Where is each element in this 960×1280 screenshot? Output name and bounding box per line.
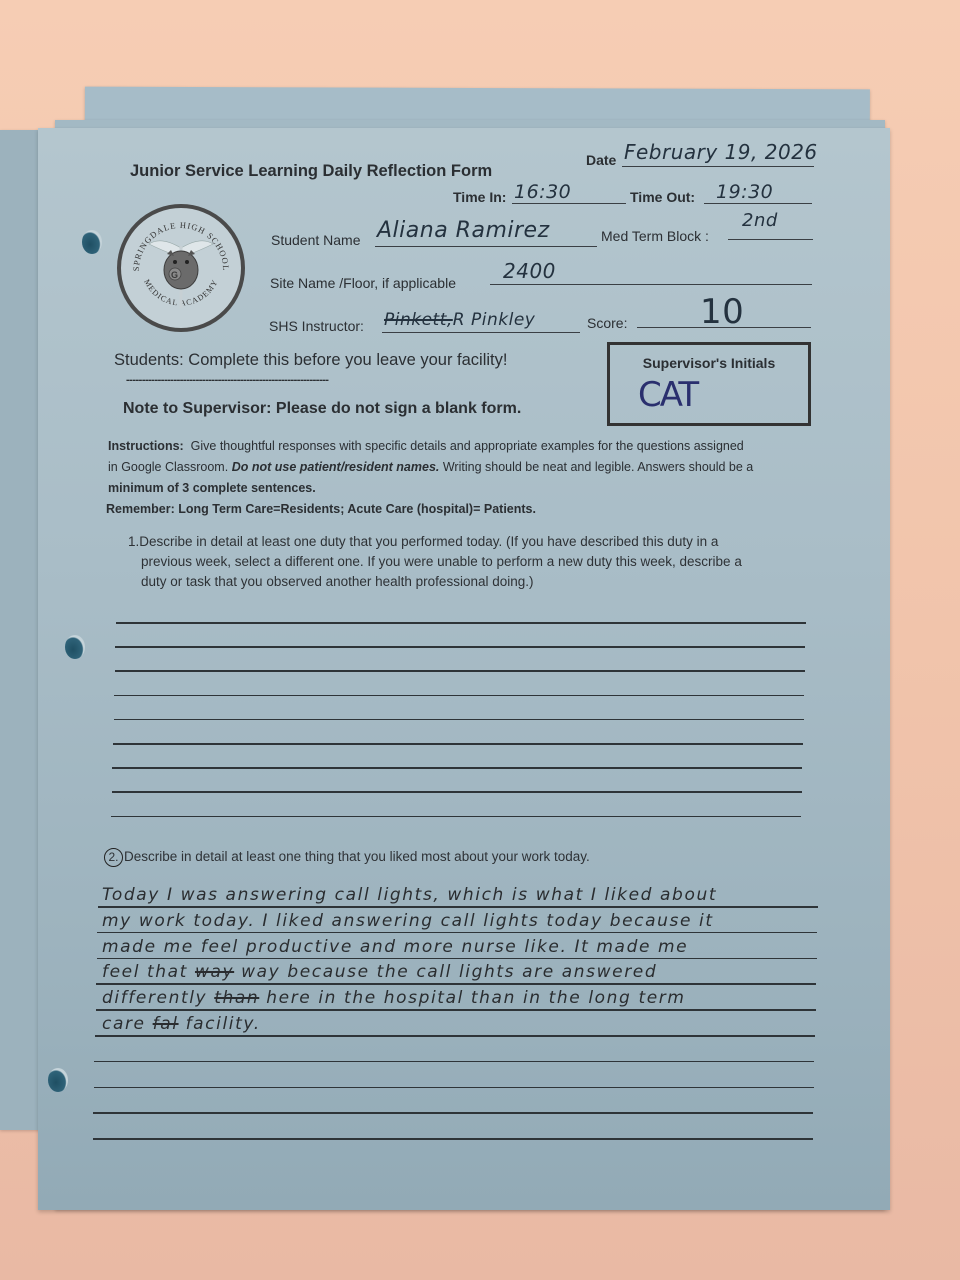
score-label: Score:	[587, 315, 627, 331]
supervisor-initials-box[interactable]: Supervisor's Initials CAT	[607, 342, 811, 426]
answer-text: care	[102, 1014, 153, 1034]
answer-rule-line	[94, 1061, 814, 1063]
punch-hole-icon	[82, 230, 102, 254]
instructions-line-2: in Google Classroom. Do not use patient/…	[108, 457, 820, 478]
answer-text: made me feel productive and more nurse l…	[102, 937, 688, 957]
instructor-struck-value: Pinkett,	[384, 310, 453, 330]
svg-text:G: G	[171, 270, 178, 280]
site-name-value[interactable]: 2400	[503, 259, 556, 283]
handwritten-answer-line: feel that way way because the call light…	[102, 962, 657, 982]
instructions-line-3: minimum of 3 complete sentences.	[108, 478, 820, 499]
med-term-underline	[728, 239, 813, 240]
student-name-label: Student Name	[271, 232, 361, 248]
punch-hole-icon	[48, 1068, 68, 1092]
site-name-underline	[490, 284, 812, 285]
answer-rule-line	[114, 695, 804, 697]
answer-rule-line	[113, 743, 803, 745]
student-name-value[interactable]: Aliana Ramirez	[377, 218, 550, 243]
score-underline	[637, 327, 811, 328]
answer-text: feel that	[102, 962, 195, 982]
answer-rule-line	[95, 1035, 815, 1037]
question-2: 2.Describe in detail at least one thing …	[104, 847, 590, 867]
question-1-number: 1.	[128, 534, 139, 549]
notice-divider: ----------------------------------------…	[126, 374, 572, 386]
school-logo: SPRINGDALE HIGH SCHOOL MEDICAL ACADEMY G	[117, 204, 245, 332]
answer-rule-line	[114, 719, 804, 721]
answer-rule-line	[97, 932, 817, 934]
time-out-value[interactable]: 19:30	[716, 181, 773, 203]
answer-rule-line	[115, 646, 805, 648]
instructions-line-4: Remember: Long Term Care=Residents; Acut…	[106, 499, 820, 520]
question-1: 1.Describe in detail at least one duty t…	[128, 532, 828, 592]
instructor-current-value: R Pinkley	[453, 310, 536, 330]
handwritten-answer-line: made me feel productive and more nurse l…	[102, 937, 688, 957]
time-in-value[interactable]: 16:30	[514, 181, 571, 203]
time-out-label: Time Out:	[630, 189, 695, 205]
struck-word: way	[195, 962, 234, 982]
answer-rule-line	[93, 1138, 813, 1140]
answer-rule-line	[94, 1087, 814, 1089]
question-1-text-2: previous week, select a different one. I…	[128, 552, 828, 572]
answer-text: way because the call lights are answered	[234, 962, 657, 982]
struck-word: fal	[153, 1014, 179, 1034]
instructions-lead: Instructions:	[108, 439, 184, 453]
struck-word: than	[214, 988, 259, 1008]
handwritten-answer-line: Today I was answering call lights, which…	[102, 885, 717, 905]
instructions-remember: Remember: Long Term Care=Residents; Acut…	[106, 502, 536, 516]
supervisor-initials-value: CAT	[638, 375, 697, 415]
answer-rule-line	[98, 906, 818, 908]
students-notice: Students: Complete this before you leave…	[114, 351, 507, 370]
instructions-text-2a: in Google Classroom.	[108, 460, 228, 474]
supervisor-note: Note to Supervisor: Please do not sign a…	[123, 400, 521, 418]
question-1-text-1: Describe in detail at least one duty tha…	[139, 534, 718, 549]
answer-rule-line	[96, 1009, 816, 1011]
form-title: Junior Service Learning Daily Reflection…	[130, 162, 492, 181]
answer-text: here in the hospital than in the long te…	[259, 988, 685, 1008]
instructions-block: Instructions: Give thoughtful responses …	[108, 436, 820, 520]
instructor-value[interactable]: Pinkett,R Pinkley	[384, 310, 535, 330]
answer-rule-line	[96, 983, 816, 985]
med-term-block-value[interactable]: 2nd	[742, 210, 778, 231]
handwritten-answer-line: my work today. I liked answering call li…	[102, 911, 714, 931]
bulldog-caduceus-icon: SPRINGDALE HIGH SCHOOL MEDICAL ACADEMY G	[121, 208, 241, 328]
answer-rule-line	[116, 622, 806, 624]
med-term-block-label: Med Term Block :	[601, 228, 709, 244]
score-value[interactable]: 10	[700, 292, 744, 332]
date-label: Date	[586, 152, 616, 168]
answer-text: Today I was answering call lights, which…	[102, 885, 717, 905]
site-name-label: Site Name /Floor, if applicable	[270, 275, 456, 291]
instructor-label: SHS Instructor:	[269, 318, 364, 334]
instructions-text-3: minimum of 3 complete sentences.	[108, 481, 316, 495]
supervisor-initials-label: Supervisor's Initials	[610, 355, 808, 371]
question-1-line: 1.Describe in detail at least one duty t…	[128, 532, 828, 552]
student-name-underline	[375, 246, 597, 247]
answer-rule-line	[111, 816, 801, 818]
answer-rule-line	[97, 958, 817, 960]
answer-rule-line	[112, 767, 802, 769]
handwritten-answer-line: differently than here in the hospital th…	[102, 988, 686, 1008]
question-1-text-3: duty or task that you observed another h…	[128, 572, 828, 592]
punch-hole-icon	[65, 635, 85, 659]
answer-text: facility.	[179, 1014, 261, 1034]
answer-text: my work today. I liked answering call li…	[102, 911, 714, 931]
answer-rule-line	[93, 1112, 813, 1114]
answer-rule-line	[112, 791, 802, 793]
instructor-underline	[382, 332, 580, 333]
time-in-label: Time In:	[453, 189, 506, 205]
question-2-number: 2.	[104, 848, 123, 867]
instructions-text-2b: Writing should be neat and legible. Answ…	[443, 460, 753, 474]
answer-rule-line	[115, 670, 805, 672]
question-2-text: Describe in detail at least one thing th…	[124, 849, 590, 864]
instructions-text-1: Give thoughtful responses with specific …	[191, 439, 744, 453]
handwritten-answer-line: care fal facility.	[102, 1014, 261, 1034]
answer-text: differently	[102, 988, 214, 1008]
time-in-underline	[512, 203, 626, 204]
date-value[interactable]: February 19, 2026	[624, 140, 818, 164]
instructions-emphasis: Do not use patient/resident names.	[232, 460, 440, 474]
instructions-line-1: Instructions: Give thoughtful responses …	[108, 436, 820, 457]
date-underline	[622, 166, 814, 167]
time-out-underline	[704, 203, 812, 204]
